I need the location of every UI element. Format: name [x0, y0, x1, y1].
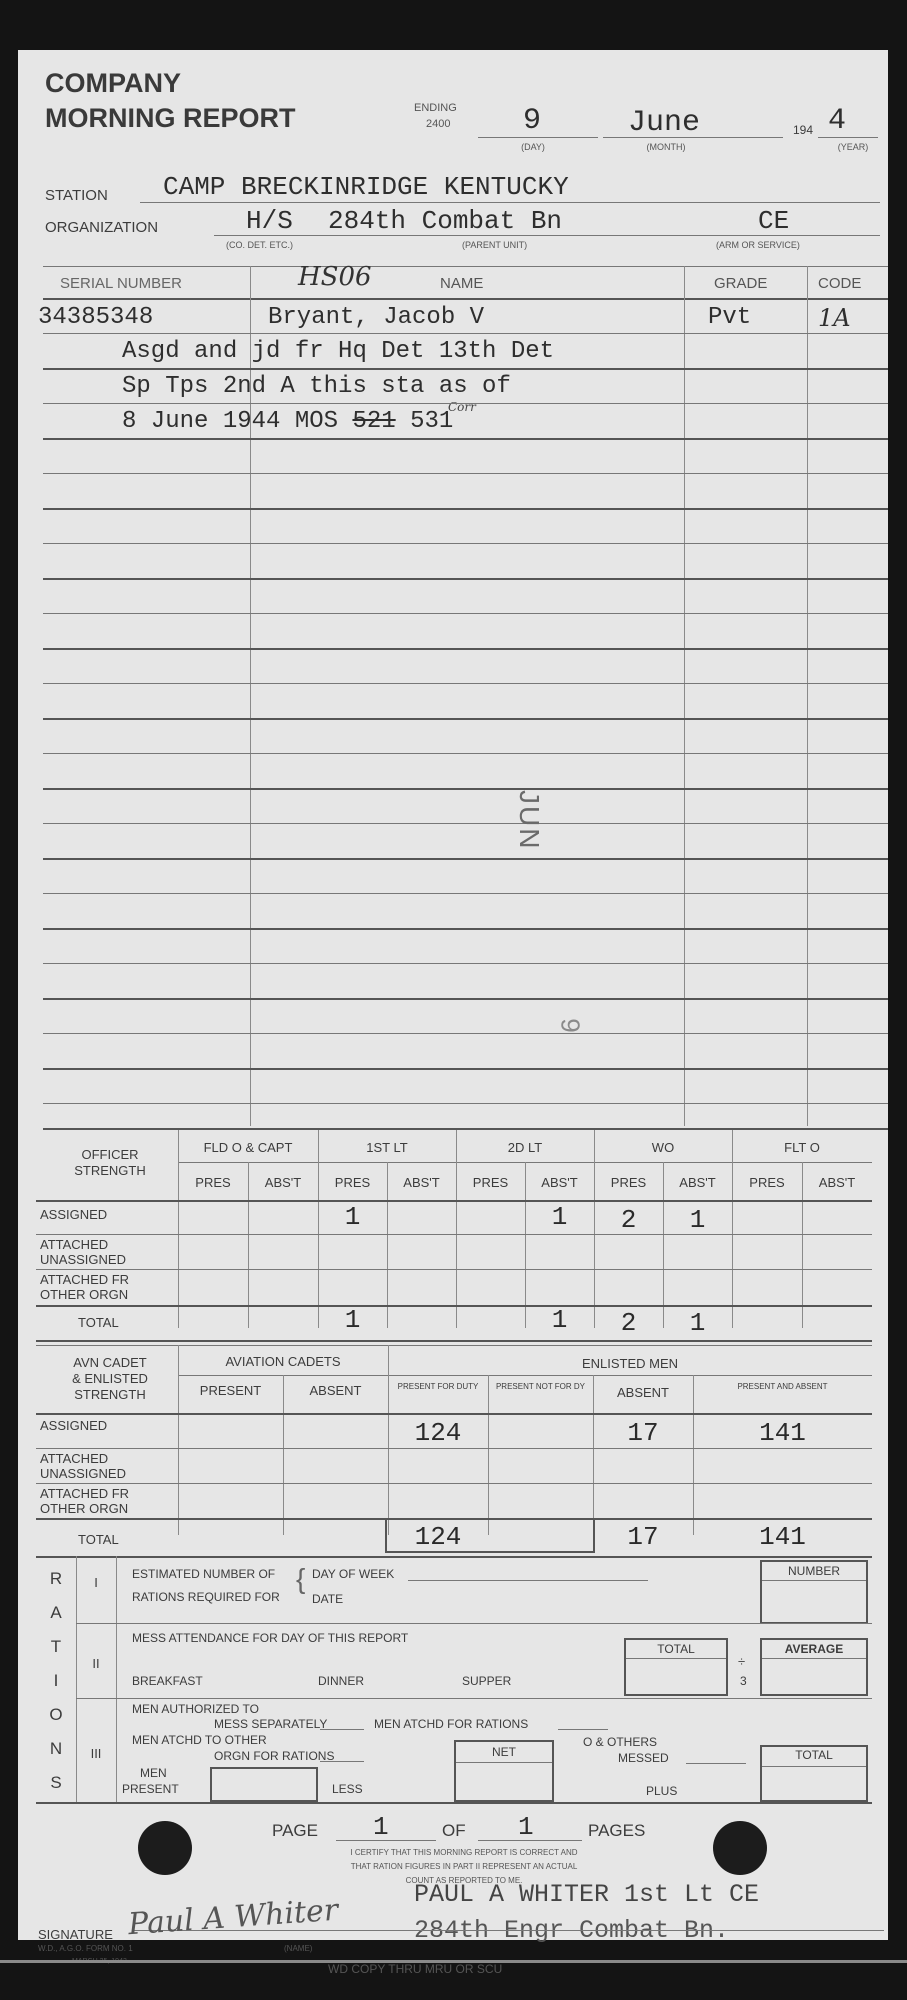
side-letter: A: [36, 1596, 76, 1630]
year-label: (YEAR): [828, 142, 878, 152]
col-name: NAME: [440, 275, 483, 292]
entry-name: Bryant, Jacob V: [268, 304, 484, 331]
row-assigned-label: ASSIGNED: [40, 1207, 107, 1222]
assigned-1st-lt-pres: 1: [318, 1202, 387, 1232]
number-label: NUMBER: [760, 1564, 868, 1578]
day-label: (DAY): [513, 142, 553, 152]
plus-label: PLUS: [646, 1784, 677, 1798]
entry-serial: 34385348: [38, 304, 153, 331]
station-value: CAMP BRECKINRIDGE KENTUCKY: [163, 172, 569, 202]
subcol-pres: PRES: [594, 1175, 663, 1190]
supper-label: SUPPER: [462, 1674, 511, 1688]
total-present-for-duty: 124: [388, 1522, 488, 1552]
mess-total-label: TOTAL: [624, 1642, 728, 1656]
men-atchd-for-rations-label: MEN ATCHD FOR RATIONS: [374, 1717, 528, 1731]
remark-line-3: 8 June 1944 MOS 521 531: [122, 408, 453, 435]
group-2d-lt: 2D LT: [456, 1140, 594, 1155]
group-wo: WO: [594, 1140, 732, 1155]
assigned-wo-pres: 2: [594, 1205, 663, 1235]
signer-name: PAUL A WHITER 1st Lt CE: [414, 1880, 759, 1909]
entry-grade: Pvt: [708, 304, 751, 331]
rations-side-label: R A T I O N S: [36, 1562, 76, 1800]
mos-new: 531: [410, 408, 453, 435]
men-atchd-other-label-2: ORGN FOR RATIONS: [214, 1749, 334, 1763]
col-grade: GRADE: [714, 275, 767, 292]
others-label-2: MESSED: [618, 1751, 669, 1765]
officer-strength-title-2: STRENGTH: [40, 1163, 180, 1179]
men-present-box[interactable]: [210, 1767, 318, 1802]
organization-parent-unit: 284th Combat Bn: [328, 206, 562, 236]
certify-line-2: THAT RATION FIGURES IN PART II REPRESENT…: [244, 1860, 684, 1874]
side-letter: N: [36, 1732, 76, 1766]
page-number: 1: [373, 1812, 389, 1842]
part-iii-numeral: III: [76, 1746, 116, 1761]
subcol-abst: ABS'T: [663, 1175, 732, 1190]
subcol-pres: PRES: [732, 1175, 802, 1190]
remark-line-3-text: 8 June 1944 MOS: [122, 408, 352, 435]
date-label: DATE: [312, 1592, 343, 1606]
side-letter: O: [36, 1698, 76, 1732]
divisor-value: 3: [740, 1674, 747, 1688]
subcol-abst: ABS'T: [525, 1175, 594, 1190]
ending-label: ENDING: [414, 102, 457, 114]
group-flt-o: FLT O: [732, 1140, 872, 1155]
enlisted-row-total-label: TOTAL: [78, 1532, 119, 1547]
enlisted-title-3: STRENGTH: [40, 1387, 180, 1403]
mess-attendance-title: MESS ATTENDANCE FOR DAY OF THIS REPORT: [132, 1631, 408, 1645]
subcol-present-not-for-dy: PRESENT NOT FOR DY: [488, 1380, 593, 1394]
row-attached-fr-other-label: ATTACHED FR OTHER ORGN: [40, 1272, 170, 1302]
remark-line-2: Sp Tps 2nd A this sta as of: [122, 373, 511, 400]
arm-label: (ARM OR SERVICE): [716, 240, 800, 250]
report-month: June: [628, 106, 700, 140]
total-2d-lt-abst: 1: [525, 1305, 594, 1335]
subcol-present-and-absent: PRESENT AND ABSENT: [693, 1380, 872, 1394]
row-total-label: TOTAL: [78, 1315, 119, 1330]
breakfast-label: BREAKFAST: [132, 1674, 203, 1688]
subcol-pres: PRES: [456, 1175, 525, 1190]
enlisted-row-attached-fr-other-label: ATTACHED FR OTHER ORGN: [40, 1486, 170, 1516]
routing-text: WD COPY THRU MRU OR SCU: [328, 1962, 502, 1976]
subcol-present-for-duty: PRESENT FOR DUTY: [388, 1380, 488, 1394]
pages-label: PAGES: [588, 1821, 645, 1841]
ration-total-label: TOTAL: [760, 1748, 868, 1762]
group-fld-o-capt: FLD O & CAPT: [178, 1140, 318, 1155]
handwritten-signature: Paul A Whiter: [127, 1893, 339, 1943]
dinner-label: DINNER: [318, 1674, 364, 1688]
film-edge: [0, 1960, 907, 1963]
organization-unit: H/S: [246, 206, 293, 236]
morning-report-form: COMPANY MORNING REPORT ENDING 2400 9 (DA…: [18, 50, 888, 1940]
binder-hole-left: [138, 1821, 192, 1875]
men-authorized-label-1: MEN AUTHORIZED TO: [132, 1702, 259, 1716]
officer-strength-title-1: OFFICER: [40, 1147, 180, 1163]
assigned-2d-lt-abst: 1: [525, 1202, 594, 1232]
report-year-digit: 4: [828, 104, 846, 138]
assigned-present-for-duty: 124: [388, 1418, 488, 1448]
report-day: 9: [523, 104, 541, 138]
subcol-cadet-present: PRESENT: [178, 1383, 283, 1398]
enlisted-title-1: AVN CADET: [40, 1355, 180, 1371]
side-letter: I: [36, 1664, 76, 1698]
net-label: NET: [454, 1745, 554, 1759]
average-label: AVERAGE: [760, 1642, 868, 1656]
subcol-abst: ABS'T: [387, 1175, 456, 1190]
men-atchd-other-label-1: MEN ATCHD TO OTHER: [132, 1733, 267, 1747]
month-label: (MONTH): [636, 142, 696, 152]
col-code: CODE: [818, 275, 861, 292]
unit-label: (CO. DET. ETC.): [226, 240, 293, 250]
brace-icon: {: [296, 1563, 305, 1595]
enlisted-title-2: & ENLISTED: [40, 1371, 180, 1387]
men-label: MEN: [140, 1766, 167, 1780]
ending-time: 2400: [426, 118, 450, 130]
subcol-cadet-absent: ABSENT: [283, 1383, 388, 1398]
assigned-enlisted-absent: 17: [593, 1418, 693, 1448]
men-authorized-label-2: MESS SEPARATELY: [214, 1717, 327, 1731]
station-label: STATION: [45, 187, 108, 204]
entry-code: 1A: [818, 304, 851, 332]
total-1st-lt-pres: 1: [318, 1305, 387, 1335]
aviation-cadets-header: AVIATION CADETS: [178, 1354, 388, 1369]
name-label: (NAME): [284, 1944, 312, 1953]
received-stamp-month: JUN: [513, 790, 545, 850]
part-i-label-2: RATIONS REQUIRED FOR: [132, 1590, 280, 1604]
remark-line-1: Asgd and jd fr Hq Det 13th Det: [122, 338, 554, 365]
page-label: PAGE: [272, 1821, 318, 1841]
side-letter: S: [36, 1766, 76, 1800]
organization-label: ORGANIZATION: [45, 219, 158, 236]
officer-strength-title: OFFICER STRENGTH: [40, 1147, 180, 1179]
handwritten-code: HS06: [298, 262, 372, 292]
form-title-line2: MORNING REPORT: [45, 103, 296, 134]
divide-icon: ÷: [738, 1654, 745, 1669]
total-pages: 1: [518, 1812, 534, 1842]
form-title-line1: COMPANY: [45, 68, 181, 99]
others-label-1: O & OTHERS: [583, 1735, 657, 1749]
total-enlisted-absent: 17: [593, 1522, 693, 1552]
parent-unit-label: (PARENT UNIT): [462, 240, 527, 250]
signature-label: SIGNATURE: [38, 1927, 113, 1942]
part-i-numeral: I: [76, 1575, 116, 1590]
side-letter: T: [36, 1630, 76, 1664]
subcol-abst: ABS'T: [802, 1175, 872, 1190]
enlisted-row-assigned-label: ASSIGNED: [40, 1418, 107, 1433]
total-wo-pres: 2: [594, 1308, 663, 1338]
part-i-label-1: ESTIMATED NUMBER OF: [132, 1567, 275, 1581]
assigned-wo-abst: 1: [663, 1205, 732, 1235]
part-ii-numeral: II: [76, 1656, 116, 1671]
subcol-pres: PRES: [318, 1175, 387, 1190]
year-prefix: 194: [793, 123, 813, 137]
mos-struck: 521: [352, 408, 395, 435]
enlisted-strength-title: AVN CADET & ENLISTED STRENGTH: [40, 1355, 180, 1403]
enlisted-men-header: ENLISTED MEN: [388, 1356, 872, 1371]
row-attached-unassigned-label: ATTACHED UNASSIGNED: [40, 1237, 170, 1267]
day-of-week-label: DAY OF WEEK: [312, 1567, 394, 1581]
received-stamp-day: 9: [555, 1018, 586, 1032]
binder-hole-right: [713, 1821, 767, 1875]
total-present-and-absent: 141: [693, 1522, 872, 1552]
certify-line-1: I CERTIFY THAT THIS MORNING REPORT IS CO…: [244, 1846, 684, 1860]
subcol-abst: ABS'T: [248, 1175, 318, 1190]
col-serial-number: SERIAL NUMBER: [60, 275, 182, 292]
subcol-pres: PRES: [178, 1175, 248, 1190]
present-label: PRESENT: [122, 1782, 179, 1796]
group-1st-lt: 1ST LT: [318, 1140, 456, 1155]
less-label: LESS: [332, 1782, 363, 1796]
assigned-present-and-absent: 141: [693, 1418, 872, 1448]
side-letter: R: [36, 1562, 76, 1596]
of-label: OF: [442, 1821, 466, 1841]
total-wo-abst: 1: [663, 1308, 732, 1338]
enlisted-row-attached-unassigned-label: ATTACHED UNASSIGNED: [40, 1451, 170, 1481]
subcol-enlisted-absent: ABSENT: [593, 1385, 693, 1400]
organization-arm: CE: [758, 206, 789, 236]
form-id: W.D., A.G.O. FORM NO. 1: [38, 1944, 133, 1953]
